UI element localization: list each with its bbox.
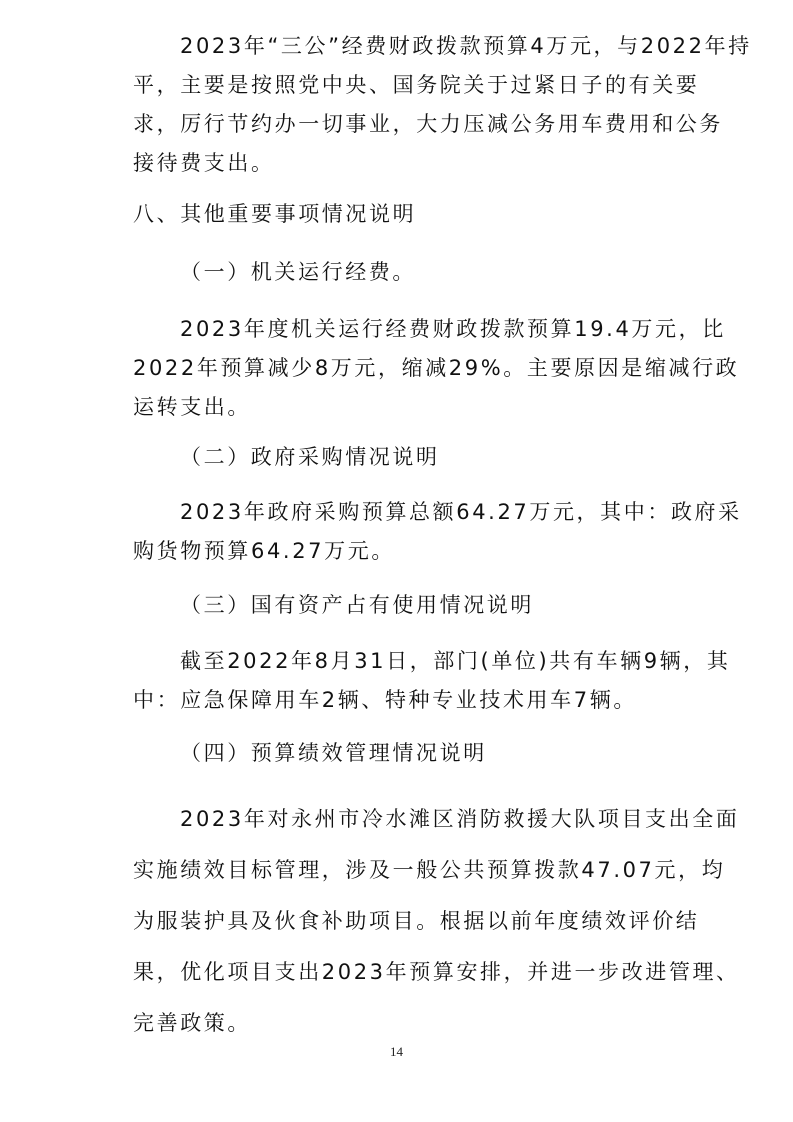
paragraph-line: 运转支出。 [133,394,668,420]
subheading: （四）预算绩效管理情况说明 [180,740,668,766]
page-number: 14 [0,1044,793,1060]
paragraph-line: 平，主要是按照党中央、国务院关于过紧日子的有关要 [133,72,668,98]
subheading: （二）政府采购情况说明 [180,444,668,470]
paragraph-line: 2023年对永州市冷水滩区消防救援大队项目支出全面 [180,806,668,832]
paragraph-line: 2023年度机关运行经费财政拨款预算19.4万元，比 [180,316,668,342]
subheading: （三）国有资产占有使用情况说明 [180,592,668,618]
paragraph-line: 求，厉行节约办一切事业，大力压减公务用车费用和公务 [133,111,668,137]
paragraph-line: 2022年预算减少8万元，缩减29%。主要原因是缩减行政 [133,355,668,381]
paragraph-line: 截至2022年8月31日，部门(单位)共有车辆9辆，其 [180,648,668,674]
section-heading: 八、其他重要事项情况说明 [133,201,668,227]
paragraph-line: 果，优化项目支出2023年预算安排，并进一步改进管理、 [133,959,668,985]
paragraph-line: 2023年“三公”经费财政拨款预算4万元，与2022年持 [180,33,668,59]
paragraph-line: 购货物预算64.27万元。 [133,538,668,564]
subheading: （一）机关运行经费。 [180,259,668,285]
paragraph-line: 完善政策。 [133,1010,668,1036]
paragraph-line: 为服装护具及伙食补助项目。根据以前年度绩效评价结 [133,908,668,934]
paragraph-line: 中：应急保障用车2辆、特种专业技术用车7辆。 [133,687,668,713]
paragraph-line: 实施绩效目标管理，涉及一般公共预算拨款47.07元，均 [133,857,668,883]
paragraph-line: 2023年政府采购预算总额64.27万元，其中：政府采 [180,499,668,525]
document-page: 2023年“三公”经费财政拨款预算4万元，与2022年持 平，主要是按照党中央、… [0,0,793,1122]
paragraph-line: 接待费支出。 [133,150,668,176]
